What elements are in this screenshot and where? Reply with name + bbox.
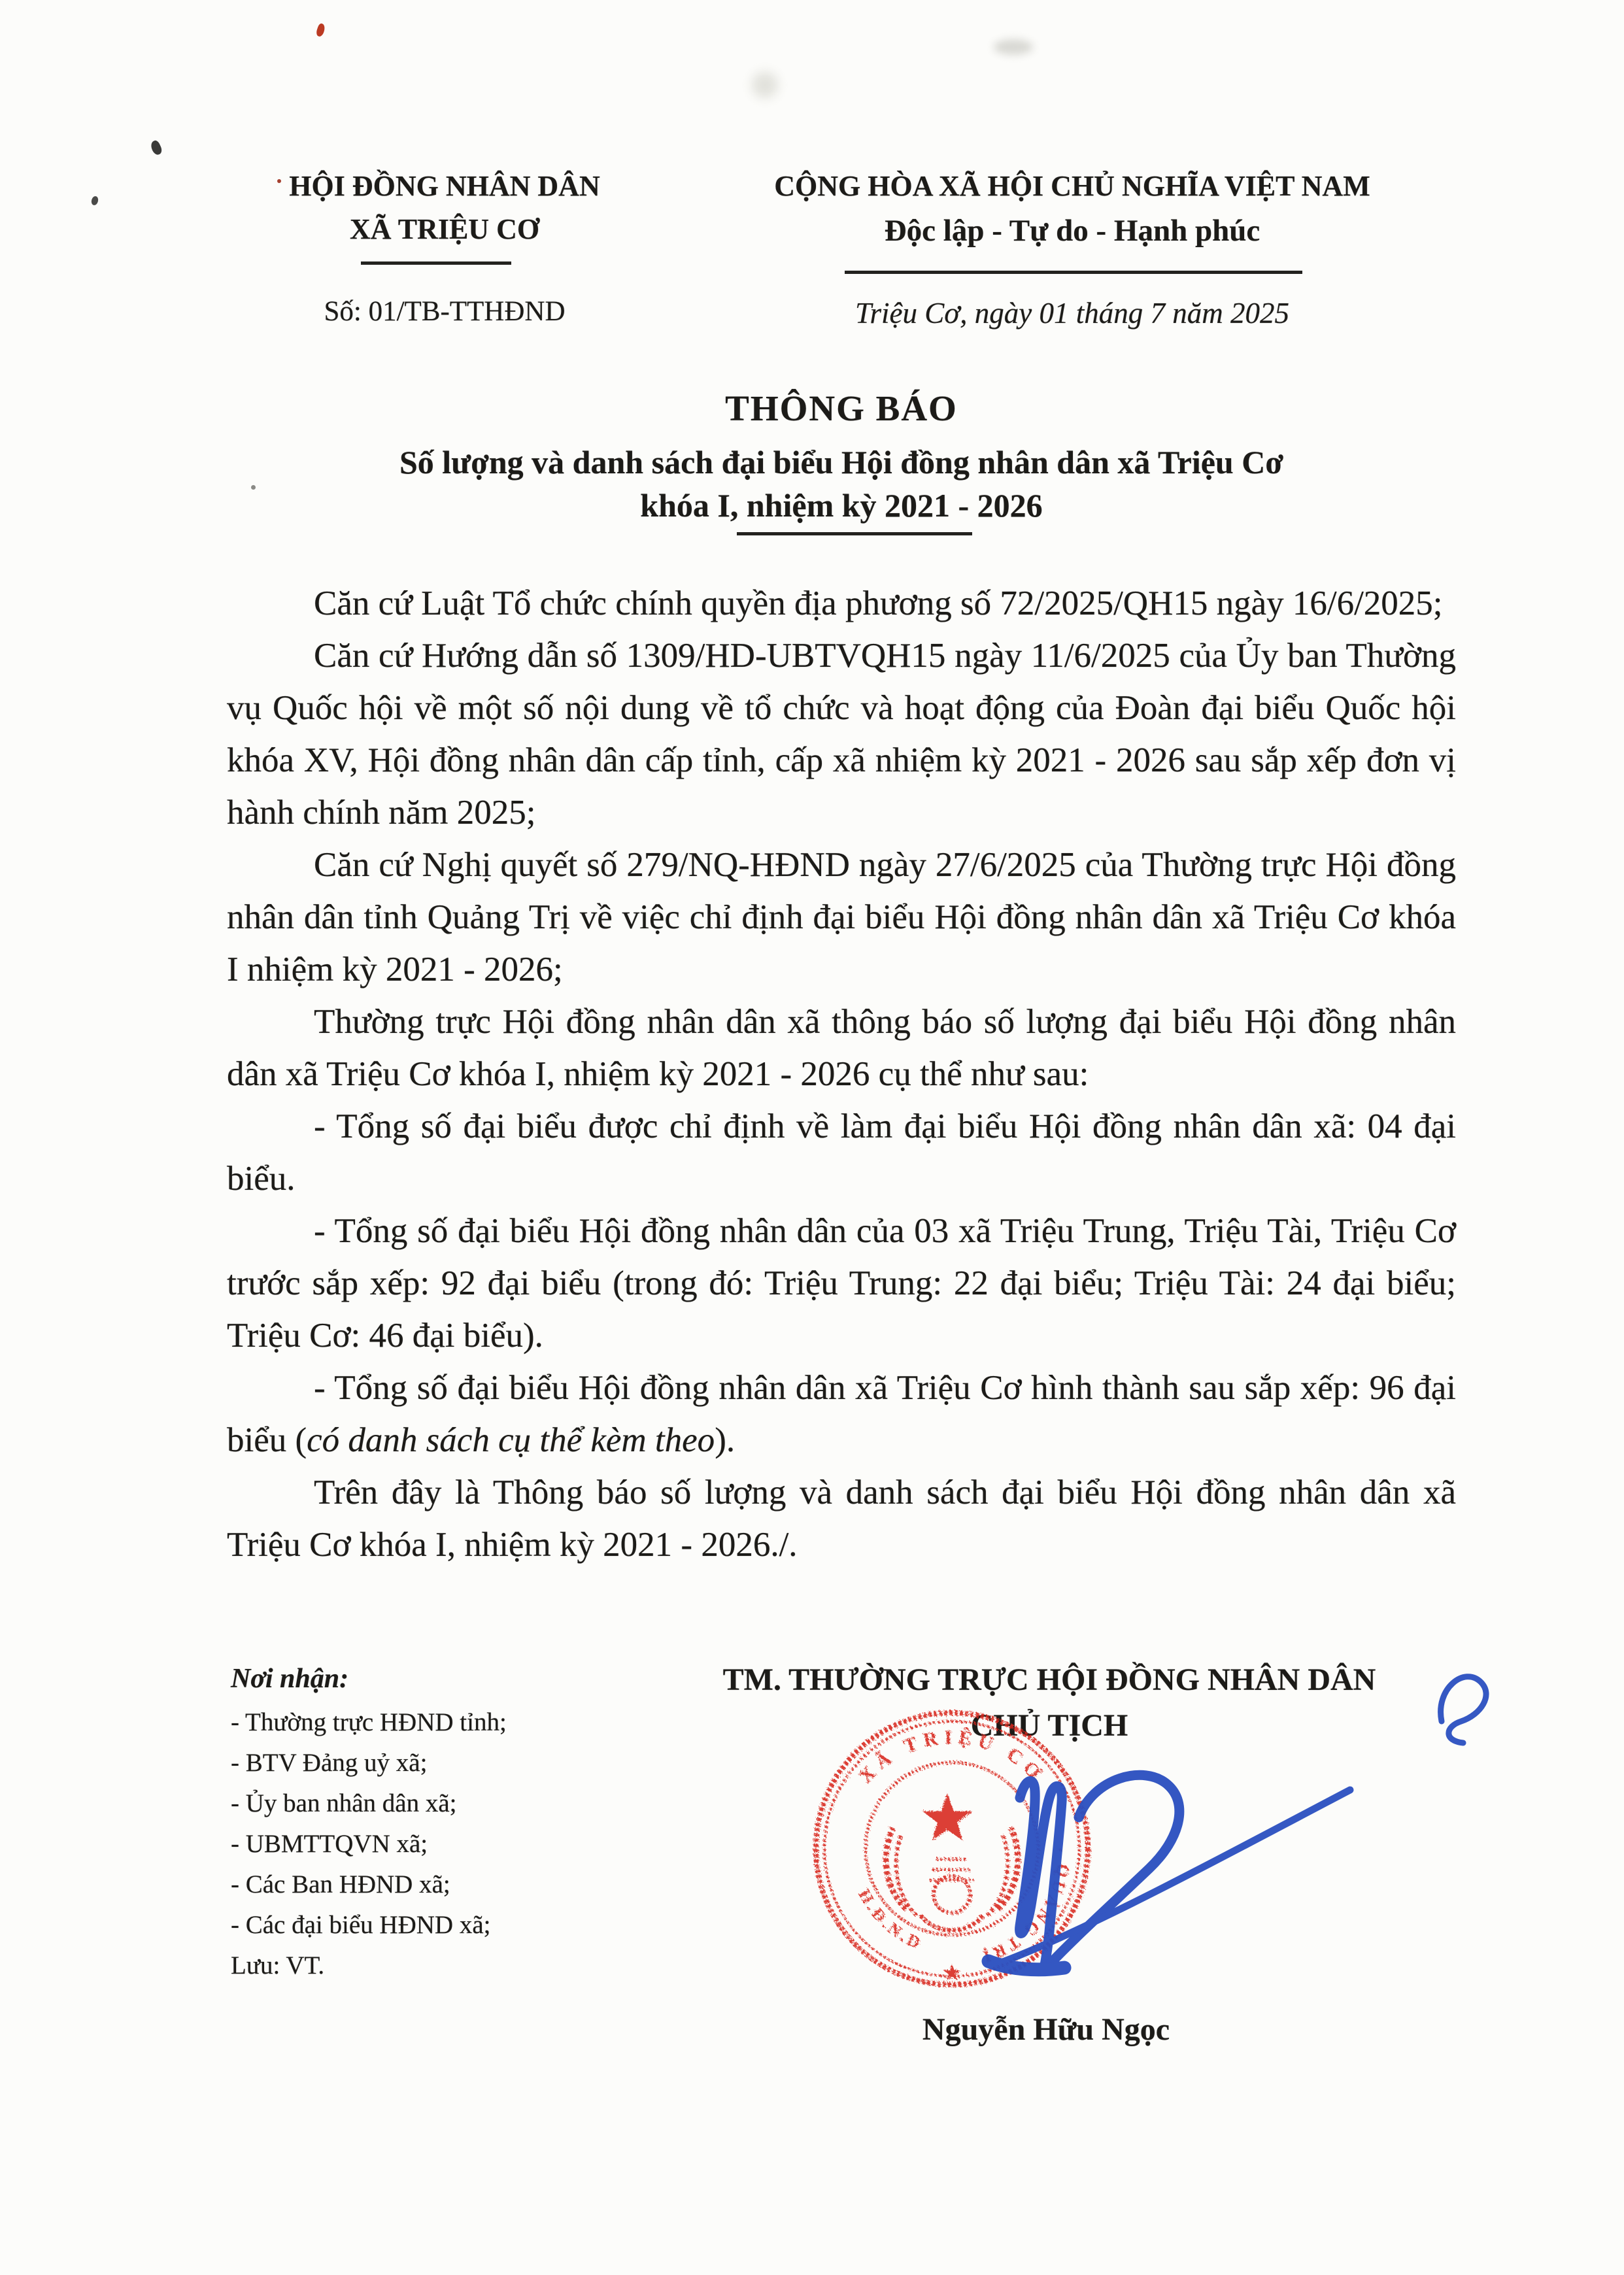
paragraph-italic-note: có danh sách cụ thể kèm theo: [307, 1421, 715, 1459]
scan-smudge: [994, 39, 1033, 55]
place-date-line: Triệu Cơ, ngày 01 tháng 7 năm 2025: [667, 293, 1478, 333]
paragraph: - Tổng số đại biểu Hội đồng nhân dân của…: [227, 1205, 1456, 1362]
scan-speck-red: [315, 23, 326, 37]
recipient-item: - Các đại biểu HĐND xã;: [231, 1905, 728, 1946]
national-motto: Độc lập - Tự do - Hạnh phúc: [667, 209, 1478, 252]
title-underline: [737, 532, 972, 535]
issuing-org-subname: XÃ TRIỆU CƠ: [255, 208, 634, 251]
recipient-item: - UBMTTQVN xã;: [231, 1824, 728, 1864]
org-underline: [361, 261, 511, 265]
recipient-item: - BTV Đảng uỷ xã;: [231, 1743, 728, 1783]
signature-stroke: [989, 1961, 1064, 1970]
signer-name: Nguyễn Hữu Ngọc: [817, 2009, 1275, 2051]
issuing-org-name: HỘI ĐỒNG NHÂN DÂN: [255, 165, 634, 208]
signature-authority-line: TM. THƯỜNG TRỰC HỘI ĐỒNG NHÂN DÂN: [621, 1659, 1478, 1701]
scan-speck-dark: [149, 139, 163, 156]
paragraph: Căn cứ Luật Tổ chức chính quyền địa phươ…: [227, 577, 1456, 630]
paragraph-text: ).: [715, 1421, 735, 1459]
document-number: Số: 01/TB-TTHĐND: [255, 292, 634, 332]
paragraph: Căn cứ Hướng dẫn số 1309/HD-UBTVQH15 ngà…: [227, 630, 1456, 839]
pen-flourish: [1425, 1659, 1504, 1751]
document-body: Căn cứ Luật Tổ chức chính quyền địa phươ…: [227, 577, 1456, 1571]
scanned-document-page: HỘI ĐỒNG NHÂN DÂN XÃ TRIỆU CƠ Số: 01/TB-…: [0, 0, 1624, 2275]
paragraph: Thường trực Hội đồng nhân dân xã thông b…: [227, 996, 1456, 1100]
scan-speck-dark: [90, 195, 99, 206]
recipient-item: - Các Ban HĐND xã;: [231, 1864, 728, 1905]
paragraph: - Tổng số đại biểu Hội đồng nhân dân xã …: [227, 1362, 1456, 1466]
document-subtitle-line2: khóa I, nhiệm kỳ 2021 - 2026: [227, 484, 1456, 527]
recipient-item: - Ủy ban nhân dân xã;: [231, 1783, 728, 1824]
paragraph: Trên đây là Thông báo số lượng và danh s…: [227, 1466, 1456, 1571]
scan-smudge: [752, 72, 778, 98]
motto-underline: [845, 271, 1302, 274]
document-subtitle-line1: Số lượng và danh sách đại biểu Hội đồng …: [227, 441, 1456, 484]
recipient-item: Lưu: VT.: [231, 1946, 728, 1986]
document-title: THÔNG BÁO: [227, 387, 1456, 430]
signature-ink: [948, 1732, 1373, 2000]
national-header: CỘNG HÒA XÃ HỘI CHỦ NGHĨA VIỆT NAM: [667, 165, 1478, 208]
seal-wreath-left: [886, 1828, 906, 1909]
paragraph: - Tổng số đại biểu được chỉ định về làm …: [227, 1100, 1456, 1205]
paragraph: Căn cứ Nghị quyết số 279/NQ-HĐND ngày 27…: [227, 839, 1456, 996]
